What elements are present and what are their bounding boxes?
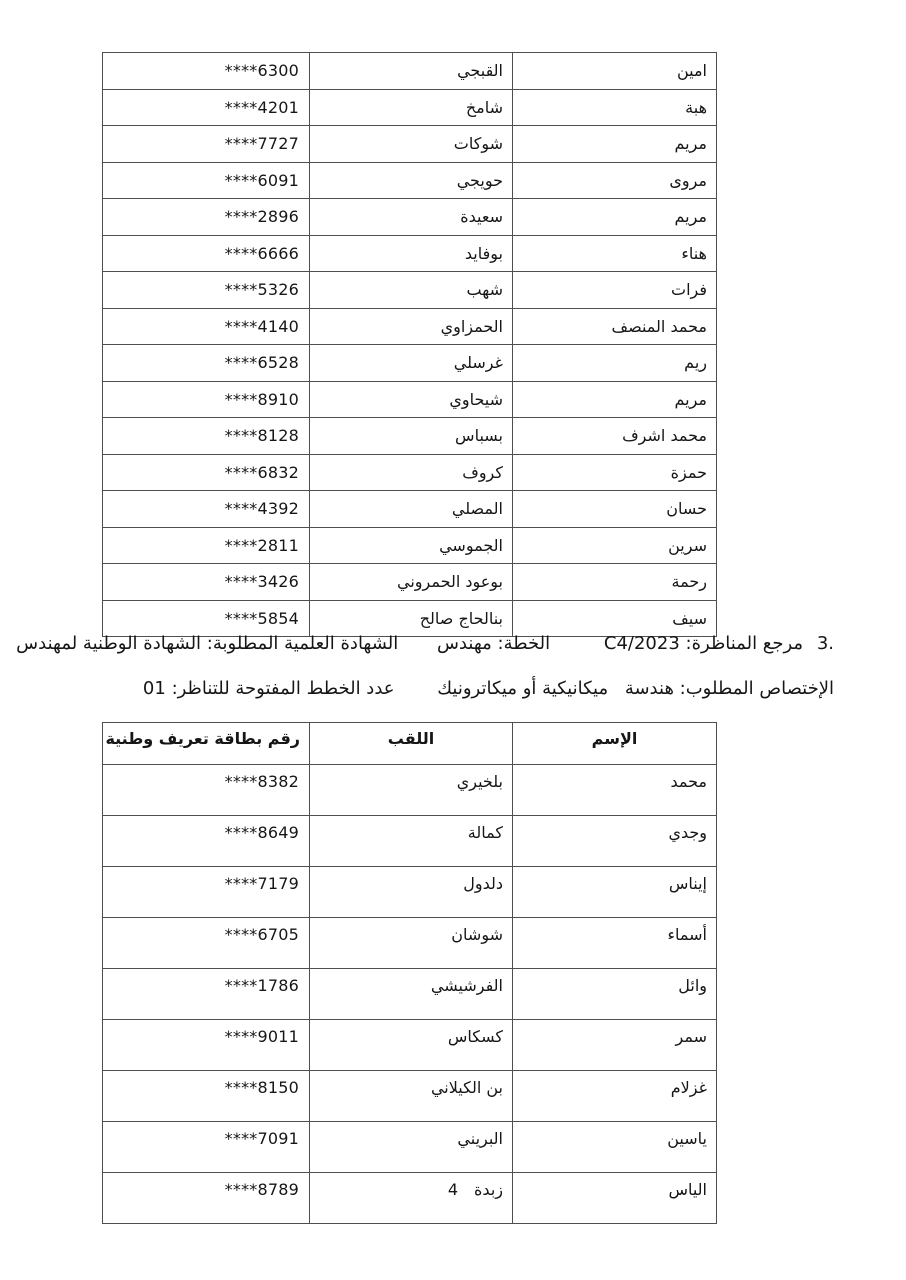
name-cell: حمزة <box>513 454 717 491</box>
contest-section-3: 3. مرجع المناظرة: C4/2023 الخطة: مهندس ا… <box>16 630 834 703</box>
surname-cell: الجموسي <box>310 527 513 564</box>
surname-cell: المصلي <box>310 491 513 528</box>
surname-column-header: اللقب <box>310 723 513 765</box>
id-cell: ****7091 <box>103 1122 310 1173</box>
surname-cell: شامخ <box>310 89 513 126</box>
surname-cell: بوفايد <box>310 235 513 272</box>
name-column-header: الإسم <box>513 723 717 765</box>
table-row: إيناس دلدول ****7179 <box>103 867 717 918</box>
id-cell: ****3426 <box>103 564 310 601</box>
name-cell: مريم <box>513 199 717 236</box>
open-slots-value: 01 <box>143 678 166 699</box>
name-cell: محمد <box>513 765 717 816</box>
name-cell: هناء <box>513 235 717 272</box>
national-id-column-header: رقم بطاقة تعريف وطنية <box>103 723 310 765</box>
id-cell: ****7179 <box>103 867 310 918</box>
surname-cell: شوكات <box>310 126 513 163</box>
id-cell: ****8382 <box>103 765 310 816</box>
id-cell: ****8910 <box>103 381 310 418</box>
surname-cell: الحمزاوي <box>310 308 513 345</box>
list-item-number: 3. <box>817 633 834 654</box>
name-cell: غزلام <box>513 1071 717 1122</box>
table-row: محمد اشرف بسباس ****8128 <box>103 418 717 455</box>
specialty-value-part2: ميكانيكية أو ميكاترونيك <box>437 678 608 699</box>
name-cell: سمر <box>513 1020 717 1071</box>
surname-cell: البريني <box>310 1122 513 1173</box>
id-cell: ****6091 <box>103 162 310 199</box>
id-cell: ****6528 <box>103 345 310 382</box>
degree-value: الشهادة الوطنية لمهندس <box>16 633 201 654</box>
id-cell: ****4140 <box>103 308 310 345</box>
surname-cell: بسباس <box>310 418 513 455</box>
contest-ref-value: C4/2023 <box>604 633 680 654</box>
table-header-row: الإسم اللقب رقم بطاقة تعريف وطنية <box>103 723 717 765</box>
name-cell: إيناس <box>513 867 717 918</box>
name-cell: حسان <box>513 491 717 528</box>
table-row: مريم شيحاوي ****8910 <box>103 381 717 418</box>
plan-label: الخطة: <box>498 633 551 654</box>
id-cell: ****6666 <box>103 235 310 272</box>
contest-ref-line: 3. مرجع المناظرة: C4/2023 الخطة: مهندس ا… <box>16 630 834 658</box>
id-cell: ****6300 <box>103 53 310 90</box>
id-cell: ****6705 <box>103 918 310 969</box>
open-slots-label: عدد الخطط المفتوحة للتناظر: <box>172 678 395 699</box>
surname-cell: بن الكيلاني <box>310 1071 513 1122</box>
id-cell: ****5326 <box>103 272 310 309</box>
name-cell: أسماء <box>513 918 717 969</box>
table-row: ريم غرسلي ****6528 <box>103 345 717 382</box>
table-row: أسماء شوشان ****6705 <box>103 918 717 969</box>
id-cell: ****4201 <box>103 89 310 126</box>
name-cell: امين <box>513 53 717 90</box>
table-row: حمزة كروف ****6832 <box>103 454 717 491</box>
name-cell: هبة <box>513 89 717 126</box>
table-row: هناء بوفايد ****6666 <box>103 235 717 272</box>
id-cell: ****4392 <box>103 491 310 528</box>
table-row: حسان المصلي ****4392 <box>103 491 717 528</box>
table-row: امين القبجي ****6300 <box>103 53 717 90</box>
table-row: فرات شهب ****5326 <box>103 272 717 309</box>
name-cell: مروى <box>513 162 717 199</box>
surname-cell: الفرشيشي <box>310 969 513 1020</box>
table-row: هبة شامخ ****4201 <box>103 89 717 126</box>
table-row: غزلام بن الكيلاني ****8150 <box>103 1071 717 1122</box>
surname-cell: شوشان <box>310 918 513 969</box>
name-cell: محمد المنصف <box>513 308 717 345</box>
table-row: مروى حويجي ****6091 <box>103 162 717 199</box>
id-cell: ****2811 <box>103 527 310 564</box>
candidates-table-1: امين القبجي ****6300 هبة شامخ ****4201 م… <box>102 52 717 637</box>
name-cell: سرين <box>513 527 717 564</box>
page-number: 4 <box>0 1180 906 1199</box>
id-cell: ****1786 <box>103 969 310 1020</box>
name-cell: رحمة <box>513 564 717 601</box>
id-cell: ****8649 <box>103 816 310 867</box>
id-cell: ****8150 <box>103 1071 310 1122</box>
table-row: محمد المنصف الحمزاوي ****4140 <box>103 308 717 345</box>
document-page: امين القبجي ****6300 هبة شامخ ****4201 م… <box>0 0 906 1280</box>
surname-cell: غرسلي <box>310 345 513 382</box>
name-cell: محمد اشرف <box>513 418 717 455</box>
surname-cell: كروف <box>310 454 513 491</box>
id-cell: ****9011 <box>103 1020 310 1071</box>
surname-cell: بلخيري <box>310 765 513 816</box>
table-row: سمر كسكاس ****9011 <box>103 1020 717 1071</box>
candidates-table-2: الإسم اللقب رقم بطاقة تعريف وطنية محمد ب… <box>102 722 717 1224</box>
table-row: مريم شوكات ****7727 <box>103 126 717 163</box>
specialty-value-part1: هندسة <box>625 678 674 699</box>
table-row: مريم سعيدة ****2896 <box>103 199 717 236</box>
table-row: رحمة بوعود الحمروني ****3426 <box>103 564 717 601</box>
table-row: وجدي كمالة ****8649 <box>103 816 717 867</box>
id-cell: ****7727 <box>103 126 310 163</box>
table-row: سرين الجموسي ****2811 <box>103 527 717 564</box>
table-row: وائل الفرشيشي ****1786 <box>103 969 717 1020</box>
id-cell: ****2896 <box>103 199 310 236</box>
surname-cell: القبجي <box>310 53 513 90</box>
name-cell: وجدي <box>513 816 717 867</box>
degree-label: الشهادة العلمية المطلوبة: <box>207 633 398 654</box>
surname-cell: كمالة <box>310 816 513 867</box>
id-cell: ****8128 <box>103 418 310 455</box>
name-cell: ريم <box>513 345 717 382</box>
surname-cell: بوعود الحمروني <box>310 564 513 601</box>
surname-cell: شيحاوي <box>310 381 513 418</box>
name-cell: مريم <box>513 381 717 418</box>
specialty-label: الإختصاص المطلوب: <box>680 678 834 699</box>
name-cell: مريم <box>513 126 717 163</box>
surname-cell: كسكاس <box>310 1020 513 1071</box>
name-cell: ياسين <box>513 1122 717 1173</box>
surname-cell: دلدول <box>310 867 513 918</box>
surname-cell: شهب <box>310 272 513 309</box>
surname-cell: حويجي <box>310 162 513 199</box>
table-row: محمد بلخيري ****8382 <box>103 765 717 816</box>
table-row: ياسين البريني ****7091 <box>103 1122 717 1173</box>
name-cell: فرات <box>513 272 717 309</box>
specialty-line: الإختصاص المطلوب: هندسة ميكانيكية أو ميك… <box>16 675 834 703</box>
name-cell: وائل <box>513 969 717 1020</box>
surname-cell: سعيدة <box>310 199 513 236</box>
contest-ref-label: مرجع المناظرة: <box>686 633 804 654</box>
id-cell: ****6832 <box>103 454 310 491</box>
plan-value: مهندس <box>437 633 492 654</box>
